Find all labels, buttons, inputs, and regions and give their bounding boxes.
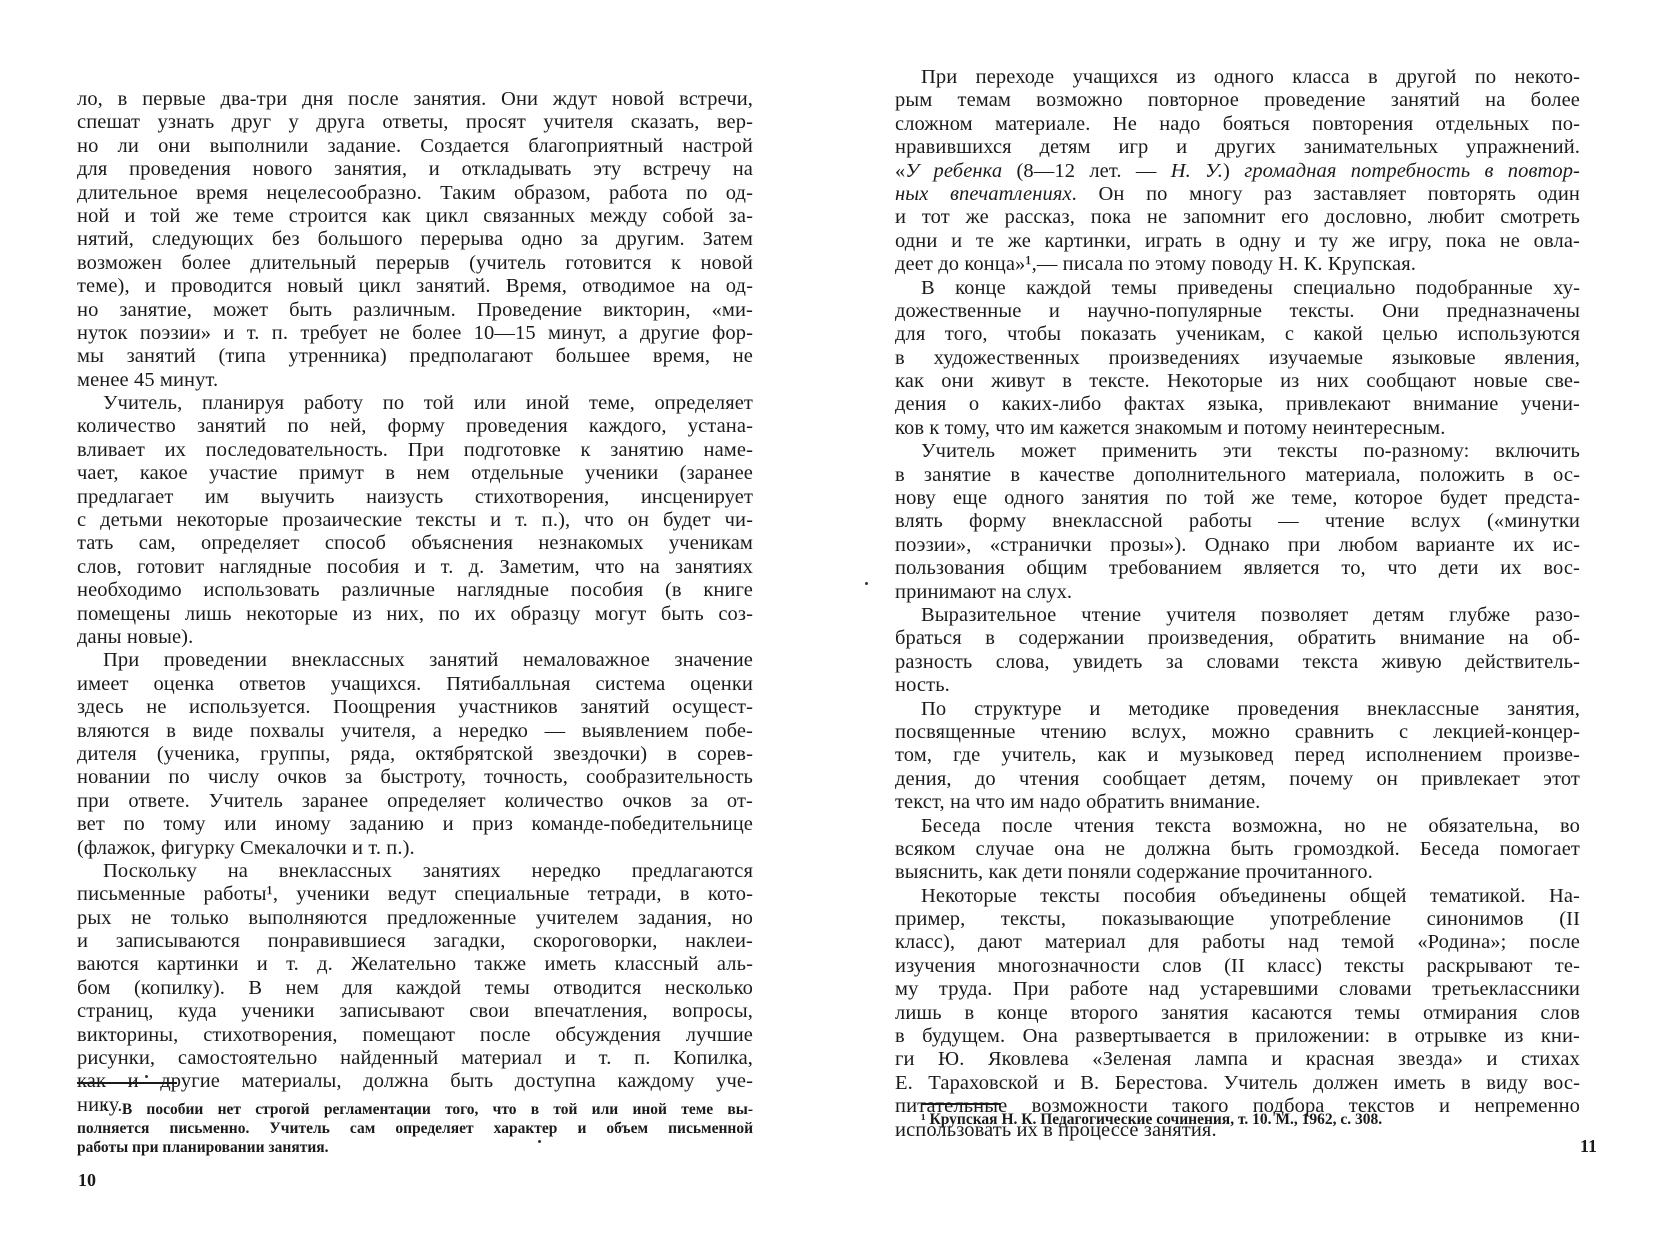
text-line: Беседа после чтения текста возможна, но … <box>895 815 1580 838</box>
text-line: вляются в виде похвалы учителя, а нередк… <box>77 720 753 743</box>
text-line: но занятие, может быть различным. Провед… <box>77 299 753 322</box>
text-line: чает, какое участие примут в нем отдельн… <box>77 462 753 485</box>
footnote-divider <box>77 1082 177 1084</box>
text-line: длительное время нецелесообразно. Таким … <box>77 182 753 205</box>
text-line: Поскольку на внеклассных занятиях нередк… <box>77 860 753 883</box>
text-line: менее 45 минут. <box>77 369 753 392</box>
text-line: деет до конца»¹,— писала по этому поводу… <box>895 253 1580 276</box>
text-line: том, где учитель, как и музыковед перед … <box>895 744 1580 767</box>
right-page-body: При переходе учащихся из одного класса в… <box>895 66 1580 1142</box>
text-line: ло, в первые два-три дня после занятия. … <box>77 88 753 111</box>
text-line: и тот же рассказ, пока не запомнит его д… <box>895 206 1580 229</box>
text-line: ваются картинки и т. д. Желательно также… <box>77 953 753 976</box>
text-line: рых не только выполняются предложенные у… <box>77 907 753 930</box>
text-line: возможен более длительный перерыв (учите… <box>77 252 753 275</box>
text-line: браться в содержании произведения, обрат… <box>895 627 1580 650</box>
text-line: с детьми некоторые прозаические тексты и… <box>77 509 753 532</box>
text-line: слов, готовит наглядные пособия и т. д. … <box>77 556 753 579</box>
text-line: необходимо использовать различные нагляд… <box>77 579 753 602</box>
text-line: Некоторые тексты пособия объединены обще… <box>895 885 1580 908</box>
text-line: влять форму внеклассной работы — чтение … <box>895 510 1580 533</box>
text-line: при ответе. Учитель заранее определяет к… <box>77 790 753 813</box>
page-number: 11 <box>1580 1136 1597 1157</box>
text-line: ность. <box>895 674 1580 697</box>
page-number: 10 <box>78 1170 96 1191</box>
text-line: вливает их последовательность. При подго… <box>77 439 753 462</box>
text-line: нятий, следующих без большого перерыва о… <box>77 228 753 251</box>
text-line: бом (копилку). В нем для каждой темы отв… <box>77 977 753 1000</box>
text-line: ных впечатлениях. Он по многу раз застав… <box>895 183 1580 206</box>
scan-speck <box>865 582 868 585</box>
left-page-footnote: ¹ В пособии нет строгой регламентации то… <box>77 1100 753 1157</box>
text-line: поэзии», «странички прозы»). Однако при … <box>895 534 1580 557</box>
text-line: в занятие в качестве дополнительного мат… <box>895 464 1580 487</box>
text-line: как они живут в тексте. Некоторые из них… <box>895 370 1580 393</box>
text-line: количество занятий по ней, форму проведе… <box>77 415 753 438</box>
text-line: в будущем. Она развертывается в приложен… <box>895 1025 1580 1048</box>
text-line: тать сам, определяет способ объяснения н… <box>77 532 753 555</box>
text-line: При проведении внеклассных занятий немал… <box>77 649 753 672</box>
text-line: ¹ Крупская Н. К. Педагогические сочинени… <box>895 1110 1580 1129</box>
text-line: спешат узнать друг у друга ответы, прося… <box>77 111 753 134</box>
text-line: текст, на что им надо обратить внимание. <box>895 791 1580 814</box>
text-line: мы занятий (типа утренника) предполагают… <box>77 345 753 368</box>
text-line: посвященные чтению вслух, можно сравнить… <box>895 721 1580 744</box>
text-line: работы при планировании занятия. <box>77 1138 753 1157</box>
text-line: предлагает им выучить наизусть стихотвор… <box>77 486 753 509</box>
text-line: письменные работы¹, ученики ведут специа… <box>77 883 753 906</box>
right-page: При переходе учащихся из одного класса в… <box>835 0 1670 1252</box>
text-line: ной и той же теме строится как цикл связ… <box>77 205 753 228</box>
footnote-divider <box>921 1103 1001 1105</box>
text-line: По структуре и методике проведения внекл… <box>895 698 1580 721</box>
text-line: дителя (ученика, группы, ряда, октябрятс… <box>77 743 753 766</box>
text-line: полняется письменно. Учитель сам определ… <box>77 1119 753 1138</box>
text-line: Выразительное чтение учителя позволяет д… <box>895 604 1580 627</box>
text-line: всяком случае она не должна быть громозд… <box>895 838 1580 861</box>
text-line: пользования общим требованием является т… <box>895 557 1580 580</box>
text-line: изучения многозначности слов (II класс) … <box>895 955 1580 978</box>
text-line: ги Ю. Яковлева «Зеленая лампа и красная … <box>895 1048 1580 1071</box>
text-line: дения, до чтения сообщает детям, почему … <box>895 768 1580 791</box>
text-line: сложном материале. Не надо бояться повто… <box>895 113 1580 136</box>
scan-speck <box>145 1075 148 1078</box>
text-line: вет по тому или иному заданию и приз ком… <box>77 813 753 836</box>
text-line: теме), и проводится новый цикл занятий. … <box>77 275 753 298</box>
text-line: для того, чтобы показать ученикам, с как… <box>895 323 1580 346</box>
text-line: в художественных произведениях изучаемые… <box>895 347 1580 370</box>
text-line: лишь в конце второго занятия касаются те… <box>895 1002 1580 1025</box>
text-line: нову еще одного занятия по той же теме, … <box>895 487 1580 510</box>
text-line: нуток поэзии» и т. п. требует не более 1… <box>77 322 753 345</box>
text-line: дения о каких-либо фактах языка, привлек… <box>895 393 1580 416</box>
text-line: нравившихся детям игр и других занимател… <box>895 136 1580 159</box>
text-line: ков к тому, что им кажется знакомым и по… <box>895 417 1580 440</box>
text-line: Учитель может применить эти тексты по-ра… <box>895 440 1580 463</box>
text-line: и записываются понравившиеся загадки, ск… <box>77 930 753 953</box>
text-line: рисунки, самостоятельно найденный матери… <box>77 1047 753 1070</box>
text-line: даны новые). <box>77 626 753 649</box>
text-line: класс), дают материал для работы над тем… <box>895 931 1580 954</box>
text-line: одни и те же картинки, играть в одну и т… <box>895 230 1580 253</box>
text-line: (флажок, фигурку Смекалочки и т. п.). <box>77 837 753 860</box>
text-line: викторины, стихотворения, помещают после… <box>77 1024 753 1047</box>
text-line: помещены лишь некоторые из них, по их об… <box>77 603 753 626</box>
text-line: В конце каждой темы приведены специально… <box>895 277 1580 300</box>
text-line: как и другие материалы, должна быть дост… <box>77 1070 753 1093</box>
left-page: ло, в первые два-три дня после занятия. … <box>0 0 835 1252</box>
text-line: рым темам возможно повторное проведение … <box>895 89 1580 112</box>
text-line: для проведения нового занятия, и отклады… <box>77 158 753 181</box>
text-line: выяснить, как дети поняли содержание про… <box>895 861 1580 884</box>
text-line: здесь не используется. Поощрения участни… <box>77 696 753 719</box>
right-page-footnote: ¹ Крупская Н. К. Педагогические сочинени… <box>895 1110 1580 1129</box>
text-line: Е. Тараховской и В. Берестова. Учитель д… <box>895 1072 1580 1095</box>
text-line: имеет оценка ответов учащихся. Пятибалль… <box>77 673 753 696</box>
text-line: дожественные и научно-популярные тексты.… <box>895 300 1580 323</box>
text-line: «У ребенка (8—12 лет. — Н. У.) громадная… <box>895 160 1580 183</box>
text-line: новании по числу очков за быстроту, точн… <box>77 766 753 789</box>
text-line: ¹ В пособии нет строгой регламентации то… <box>77 1100 753 1119</box>
text-line: принимают на слух. <box>895 581 1580 604</box>
text-line: Учитель, планируя работу по той или иной… <box>77 392 753 415</box>
text-line: му труда. При работе над устаревшими сло… <box>895 978 1580 1001</box>
text-line: пример, тексты, показывающие употреблени… <box>895 908 1580 931</box>
text-line: но ли они выполнили задание. Создается б… <box>77 135 753 158</box>
text-line: страниц, куда ученики записывают свои вп… <box>77 1000 753 1023</box>
text-line: разность слова, увидеть за словами текст… <box>895 651 1580 674</box>
scan-speck <box>538 1140 541 1143</box>
text-line: При переходе учащихся из одного класса в… <box>895 66 1580 89</box>
left-page-body: ло, в первые два-три дня после занятия. … <box>77 88 753 1117</box>
